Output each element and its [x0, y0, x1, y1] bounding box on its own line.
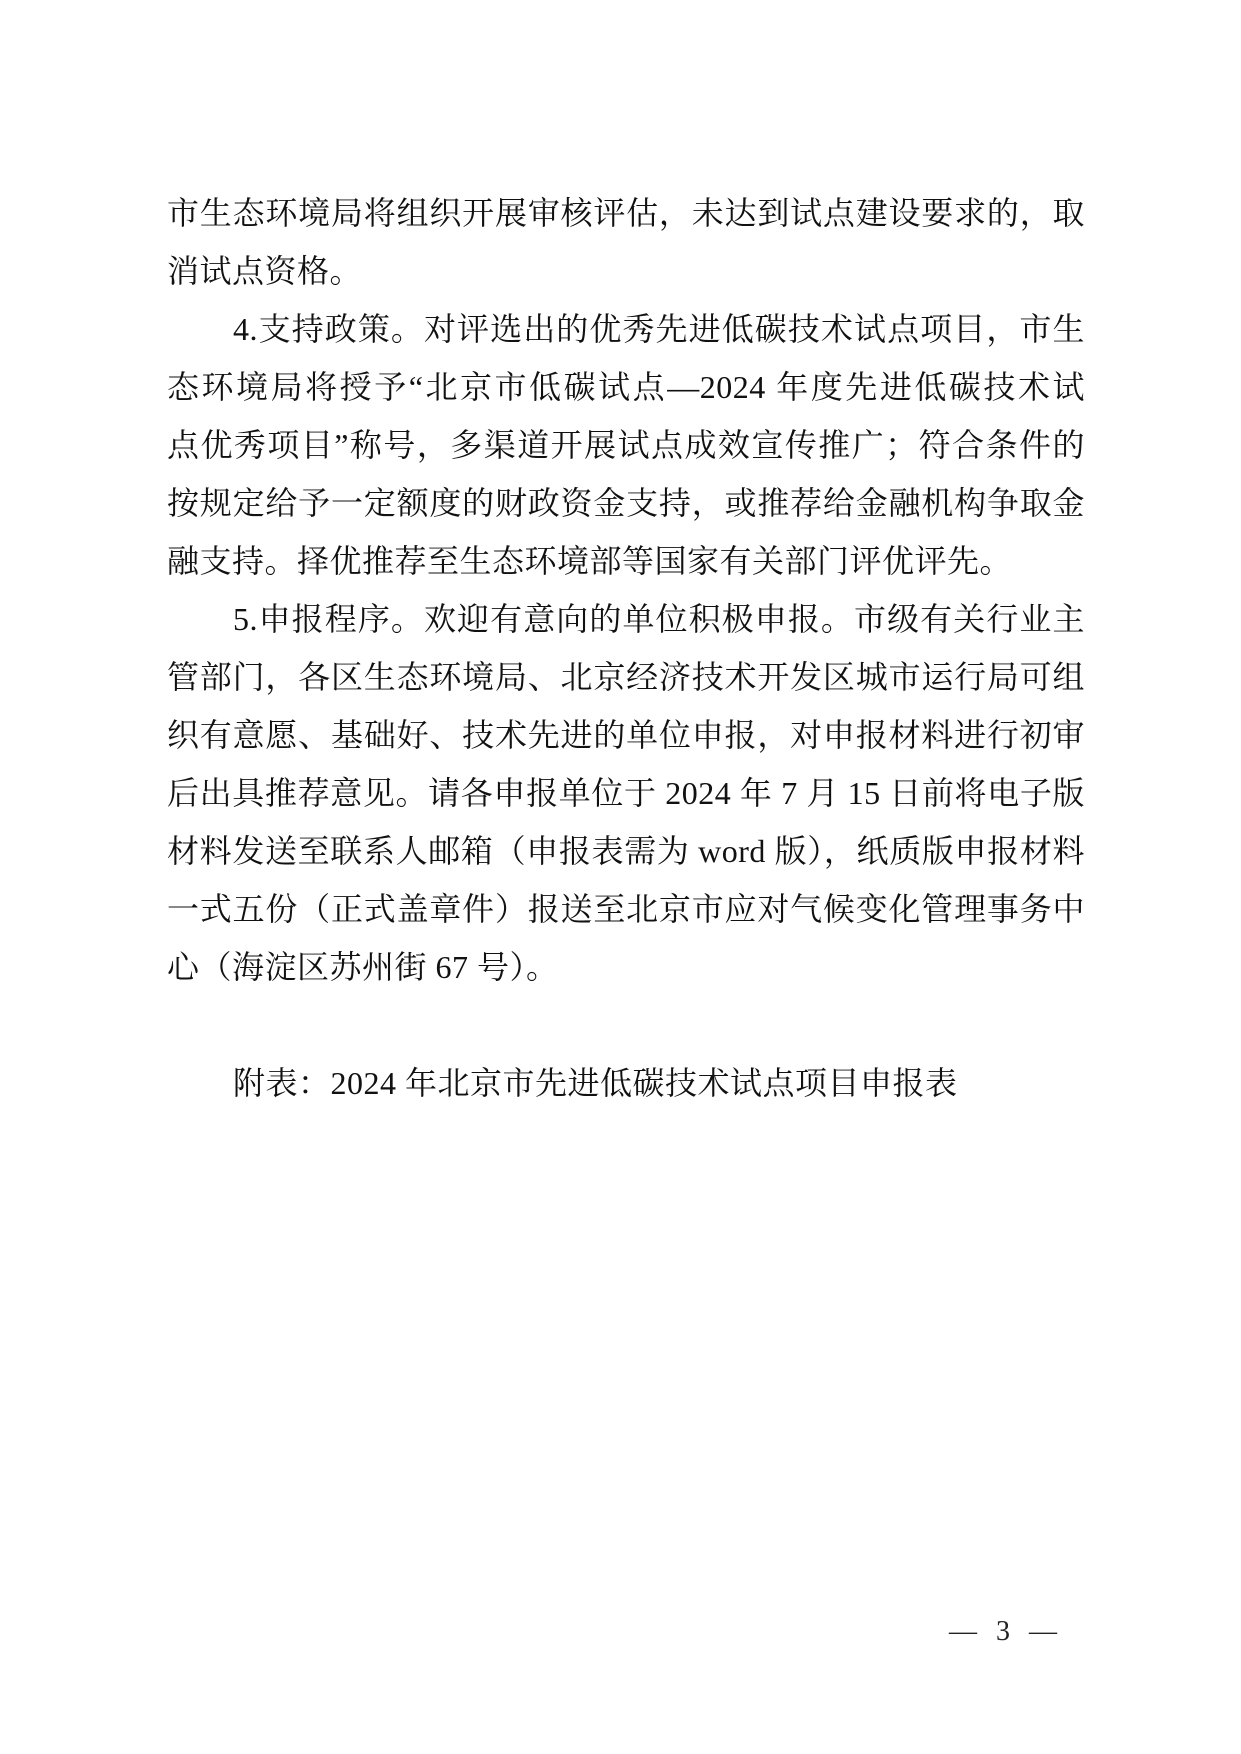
body-line: 消试点资格。 — [167, 242, 1085, 300]
document-body: 市生态环境局将组织开展审核评估，未达到试点建设要求的，取 消试点资格。 4.支持… — [167, 184, 1085, 1112]
document-page: 市生态环境局将组织开展审核评估，未达到试点建设要求的，取 消试点资格。 4.支持… — [0, 0, 1241, 1754]
body-line: 管部门，各区生态环境局、北京经济技术开发区城市运行局可组 — [167, 648, 1085, 706]
body-line: 一式五份（正式盖章件）报送至北京市应对气候变化管理事务中 — [167, 880, 1085, 938]
blank-line — [167, 996, 1085, 1054]
body-line: 4.支持政策。对评选出的优秀先进低碳技术试点项目，市生 — [167, 300, 1085, 358]
body-line: 按规定给予一定额度的财政资金支持，或推荐给金融机构争取金 — [167, 474, 1085, 532]
body-line: 材料发送至联系人邮箱（申报表需为 word 版），纸质版申报材料 — [167, 822, 1085, 880]
body-line: 融支持。择优推荐至生态环境部等国家有关部门评优评先。 — [167, 532, 1085, 590]
body-line: 心（海淀区苏州街 67 号）。 — [167, 938, 1085, 996]
body-line: 态环境局将授予“北京市低碳试点—2024 年度先进低碳技术试 — [167, 358, 1085, 416]
attachment-note: 附表：2024 年北京市先进低碳技术试点项目申报表 — [167, 1054, 1085, 1112]
body-line: 后出具推荐意见。请各申报单位于 2024 年 7 月 15 日前将电子版 — [167, 764, 1085, 822]
page-number: — 3 — — [949, 1612, 1057, 1652]
body-line: 5.申报程序。欢迎有意向的单位积极申报。市级有关行业主 — [167, 590, 1085, 648]
body-line: 织有意愿、基础好、技术先进的单位申报，对申报材料进行初审 — [167, 706, 1085, 764]
body-line: 市生态环境局将组织开展审核评估，未达到试点建设要求的，取 — [167, 184, 1085, 242]
body-line: 点优秀项目”称号，多渠道开展试点成效宣传推广；符合条件的 — [167, 416, 1085, 474]
